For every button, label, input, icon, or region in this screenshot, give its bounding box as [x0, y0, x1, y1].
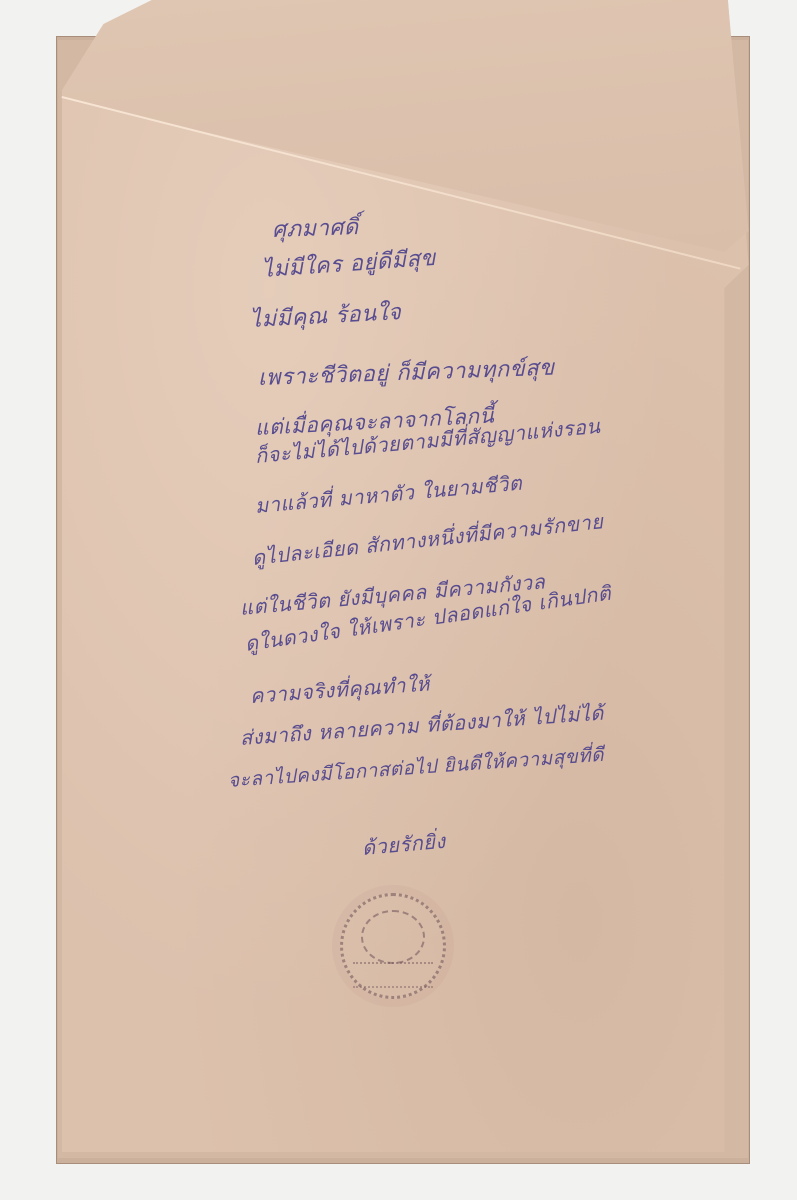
seal-text-band	[353, 962, 433, 988]
ink-seal-stamp	[340, 893, 446, 999]
photo-scene: ศุภมาศดิ์ ไม่มีใคร อยู่ดีมีสุข ไม่มีคุณ …	[0, 0, 797, 1200]
seal-emblem-icon	[361, 910, 425, 964]
